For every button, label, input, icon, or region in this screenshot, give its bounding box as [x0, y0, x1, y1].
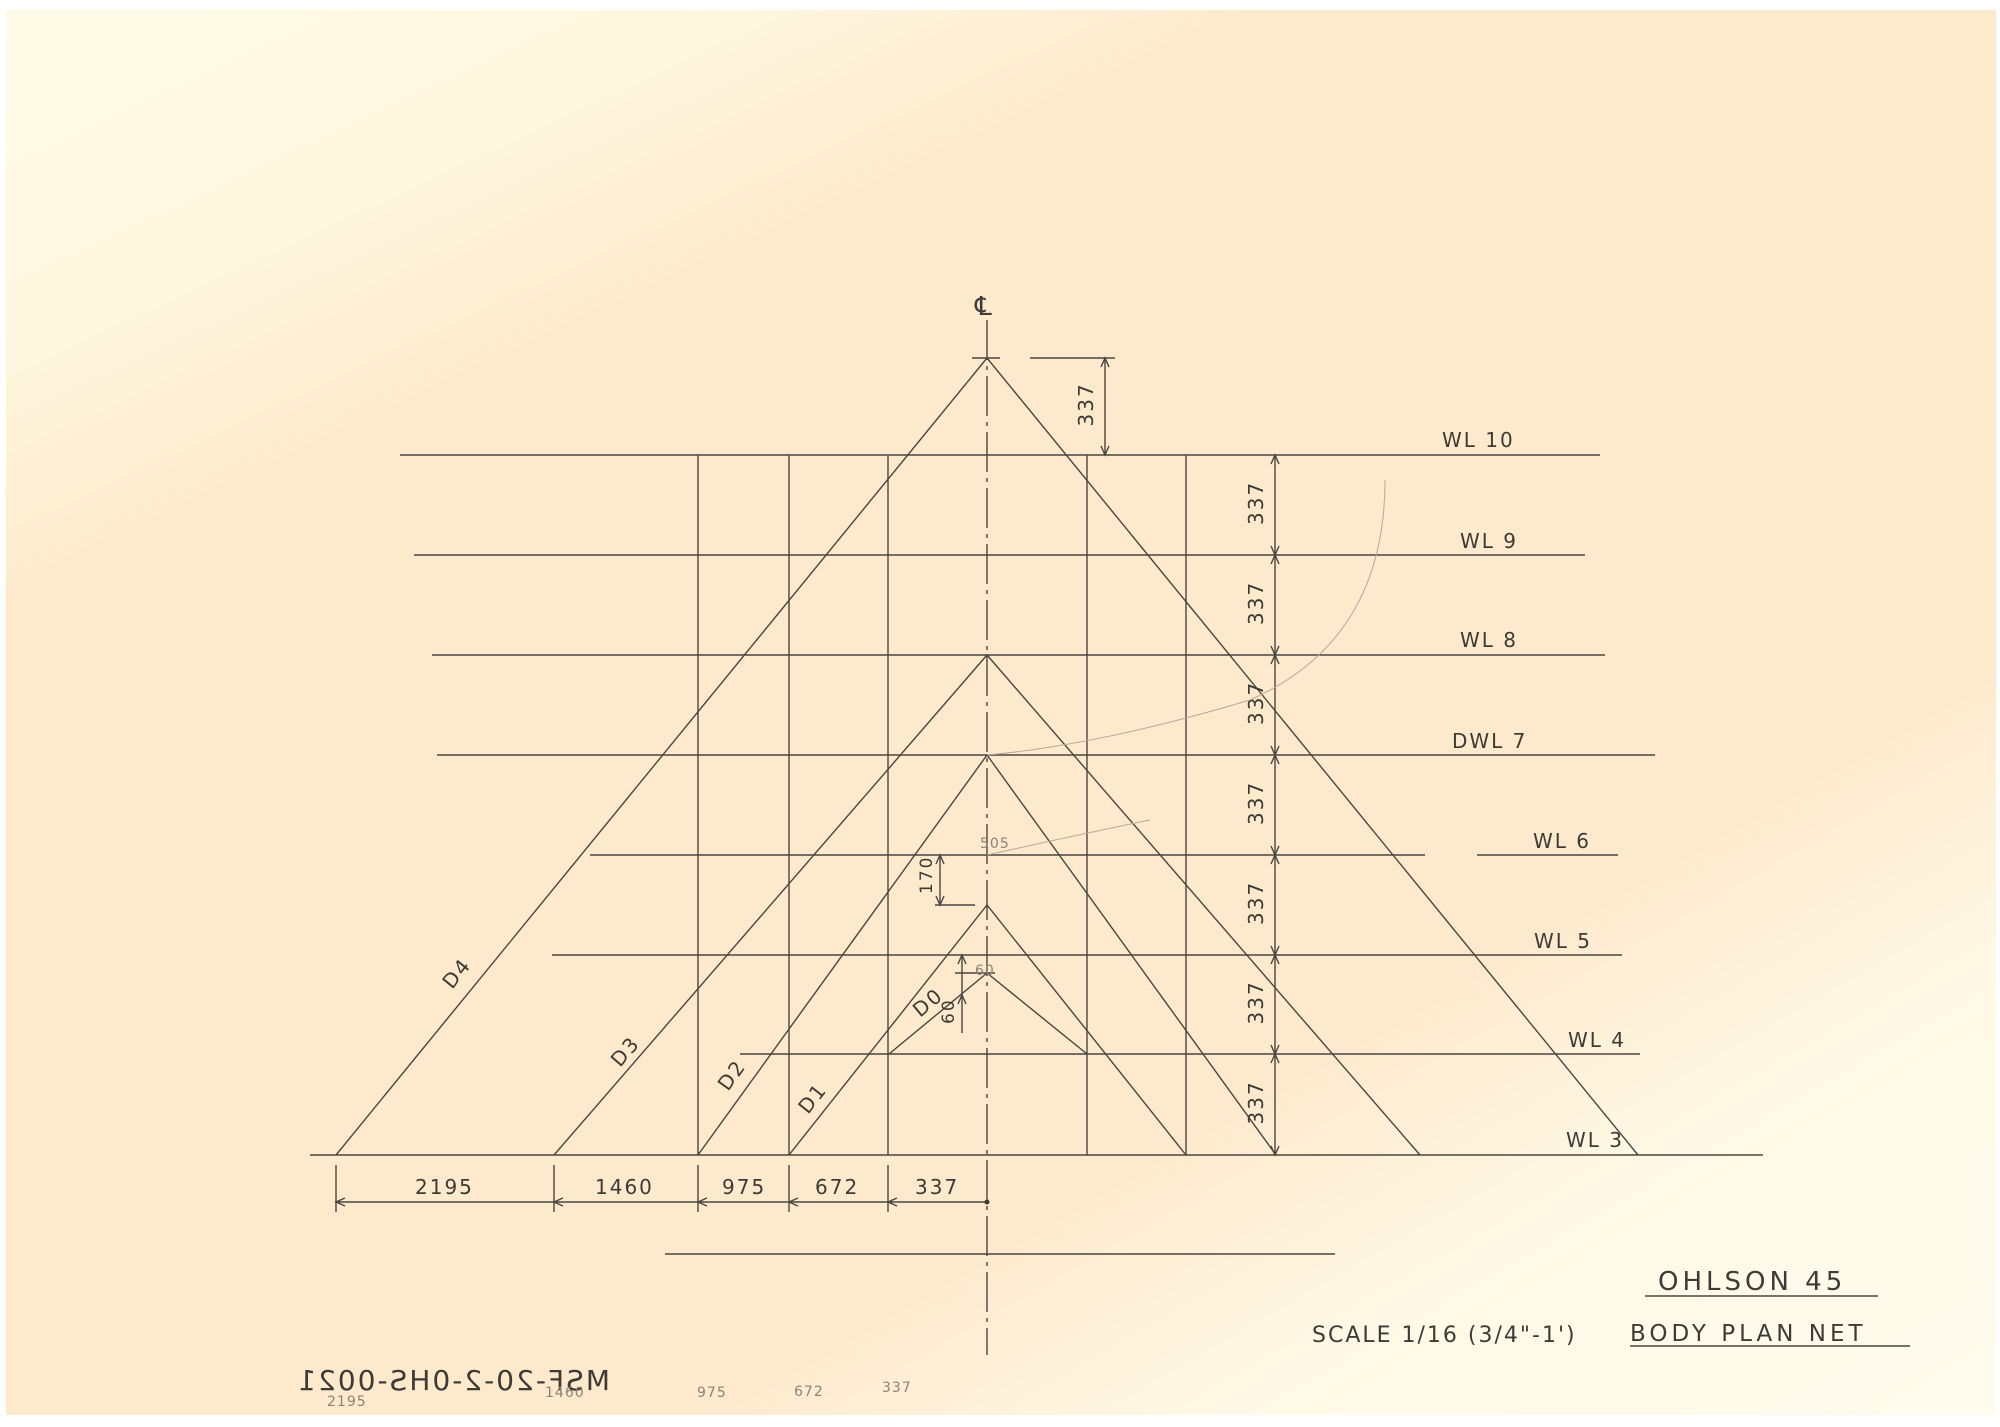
dimension-value: 337	[1244, 481, 1268, 525]
dimension-horizontal: 975	[698, 1165, 789, 1212]
grid-verticals	[698, 455, 1186, 1155]
diagonals: D4D3D2D1D0	[336, 358, 1638, 1155]
dimension-vertical: 337	[1244, 1054, 1279, 1155]
dimension-value: 337	[1074, 382, 1098, 426]
waterline: WL 10	[400, 428, 1600, 455]
diagonal-label: D1	[793, 1078, 832, 1118]
waterline-label: WL 6	[1533, 829, 1591, 853]
drawing-scale: SCALE 1/16 (3/4"-1')	[1312, 1323, 1577, 1348]
dimension-value: 337	[1244, 681, 1268, 725]
dimension-vertical: 337	[1244, 955, 1279, 1054]
waterline-label: WL 8	[1460, 628, 1518, 652]
waterline-label: WL 5	[1534, 929, 1592, 953]
dimension-vertical: 337	[1244, 655, 1279, 755]
diagonal-label: D3	[606, 1031, 645, 1071]
dimension-value: 60	[939, 998, 959, 1024]
dimension-horizontal: 337	[888, 1165, 987, 1212]
dimension-vertical: 337	[1244, 455, 1279, 555]
waterline-label: DWL 7	[1452, 729, 1527, 753]
dimension-value: 672	[815, 1175, 859, 1199]
dimension-value: 337	[1244, 881, 1268, 925]
drawing-title: OHLSON 45	[1658, 1267, 1846, 1297]
bottom-note: 975	[697, 1385, 727, 1401]
drawing-subtitle: BODY PLAN NET	[1630, 1321, 1867, 1347]
diagonal-label: D4	[437, 953, 476, 993]
dimension-vertical: 337	[1244, 555, 1279, 655]
dimension-vertical: 337	[1244, 855, 1279, 955]
faint-note: 60	[975, 963, 995, 979]
bottom-note: 2195	[327, 1394, 367, 1410]
bottom-note: 337	[882, 1380, 912, 1396]
dimension-value: 975	[722, 1175, 766, 1199]
waterline: WL 9	[414, 529, 1585, 555]
dimension-vertical: 337	[1244, 755, 1279, 855]
bottom-note: 672	[794, 1384, 824, 1400]
dimension-value: 2195	[415, 1175, 474, 1199]
title-block: OHLSON 45 BODY PLAN NET SCALE 1/16 (3/4"…	[1312, 1267, 1910, 1348]
waterline: WL 3	[310, 1128, 1763, 1155]
faint-notes: 50560	[975, 836, 1010, 979]
waterline: WL 6	[590, 829, 1618, 855]
vertical-dimensions: 337337337337337337337337	[1074, 358, 1279, 1155]
waterline: DWL 7	[437, 729, 1655, 755]
waterline: WL 4	[740, 1028, 1640, 1054]
waterlines: WL 10WL 9WL 8DWL 7WL 6WL 5WL 4WL 3	[310, 428, 1763, 1155]
bottom-note: 1460	[545, 1385, 585, 1401]
dimension-horizontal: 672	[789, 1165, 888, 1212]
dimension-horizontal: 2195	[336, 1165, 554, 1212]
dimension-value: 337	[1244, 781, 1268, 825]
dimension-value: 170	[917, 856, 937, 894]
dimension-horizontal: 1460	[554, 1165, 698, 1212]
dimension-value: 1460	[595, 1175, 654, 1199]
faint-note: 505	[980, 836, 1010, 852]
dimension-value: 337	[1244, 1080, 1268, 1124]
diagonal-d4: D4	[336, 358, 1638, 1155]
centerline-symbol-icon: ℄	[974, 292, 996, 322]
dimension-small: 170	[917, 855, 975, 905]
waterline-label: WL 9	[1460, 529, 1518, 553]
horizontal-dimensions: 21951460975672337	[336, 1165, 990, 1212]
body-plan-drawing: ℄ WL 10WL 9WL 8DWL 7WL 6WL 5WL 4WL 3 D4D…	[0, 0, 2000, 1427]
dimension-vertical: 337	[1074, 358, 1109, 455]
waterline-label: WL 10	[1442, 428, 1515, 452]
diagonal-d0: D0	[889, 973, 1087, 1054]
dimension-value: 337	[915, 1175, 959, 1199]
waterline-label: WL 3	[1566, 1128, 1624, 1152]
waterline: WL 8	[432, 628, 1605, 655]
dimension-value: 337	[1244, 581, 1268, 625]
waterline-label: WL 4	[1568, 1028, 1626, 1052]
dimension-value: 337	[1244, 980, 1268, 1024]
